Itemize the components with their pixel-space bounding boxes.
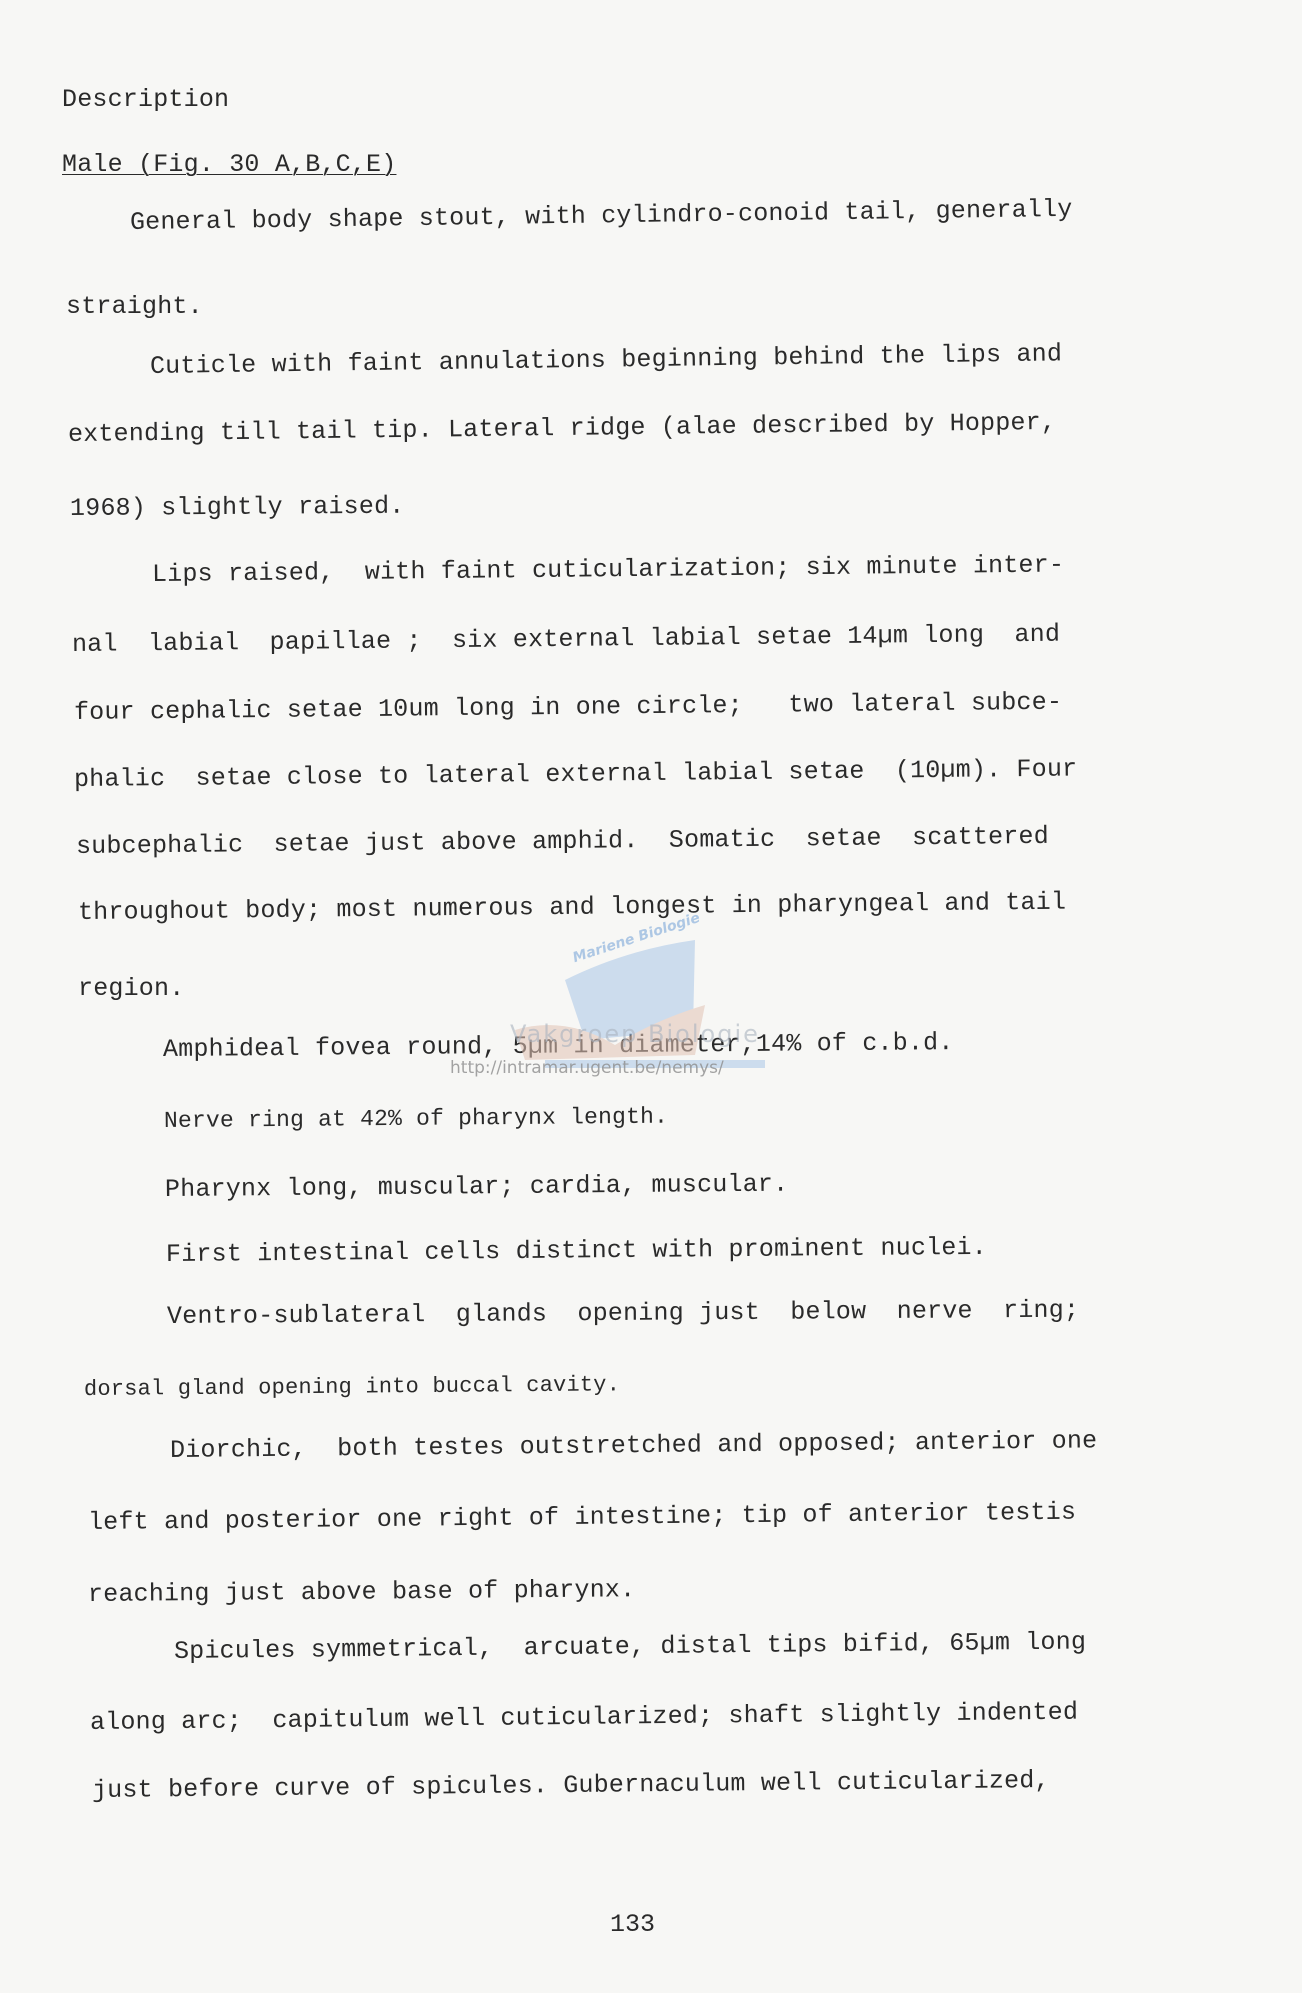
text-line: region. [78,974,184,1004]
section-heading: Description [62,85,229,115]
text-line: nal labial papillae ; six external labia… [72,620,1060,660]
text-line: left and posterior one right of intestin… [88,1498,1076,1538]
text-line: just before curve of spicules. Gubernacu… [92,1766,1050,1806]
text-line: General body shape stout, with cylindro-… [130,195,1073,238]
text-line: extending till tail tip. Lateral ridge (… [68,408,1056,450]
watermark-label: Vakgroep Biologie [510,1020,760,1048]
text-line: 1968) slightly raised. [70,492,405,524]
text-line: four cephalic setae 10um long in one cir… [74,688,1062,728]
text-line: Pharynx long, muscular; cardia, muscular… [165,1170,789,1205]
text-line: Lips raised, with faint cuticularization… [152,550,1064,590]
page-number: 133 [610,1910,655,1939]
watermark-url: http://intramar.ugent.be/nemys/ [450,1058,724,1078]
text-line: Nerve ring at 42% of pharynx length. [164,1102,668,1136]
text-line: reaching just above base of pharynx. [88,1575,636,1610]
text-line: straight. [66,292,203,322]
text-line: Cuticle with faint annulations beginning… [150,339,1062,382]
text-line: Ventro-sublateral glands opening just be… [167,1296,1079,1332]
figure-reference-heading: Male (Fig. 30 A,B,C,E) [62,150,396,180]
text-line: subcephalic setae just above amphid. Som… [76,822,1049,862]
text-line: phalic setae close to lateral external l… [74,754,1078,795]
text-line: First intestinal cells distinct with pro… [166,1233,987,1270]
text-line: Diorchic, both testes outstretched and o… [170,1426,1098,1466]
text-line: Spicules symmetrical, arcuate, distal ti… [174,1627,1086,1667]
text-line: along arc; capitulum well cuticularized;… [90,1698,1078,1738]
text-line: dorsal gland opening into buccal cavity. [84,1370,620,1405]
document-page: Description Male (Fig. 30 A,B,C,E) Gener… [0,0,1302,1993]
